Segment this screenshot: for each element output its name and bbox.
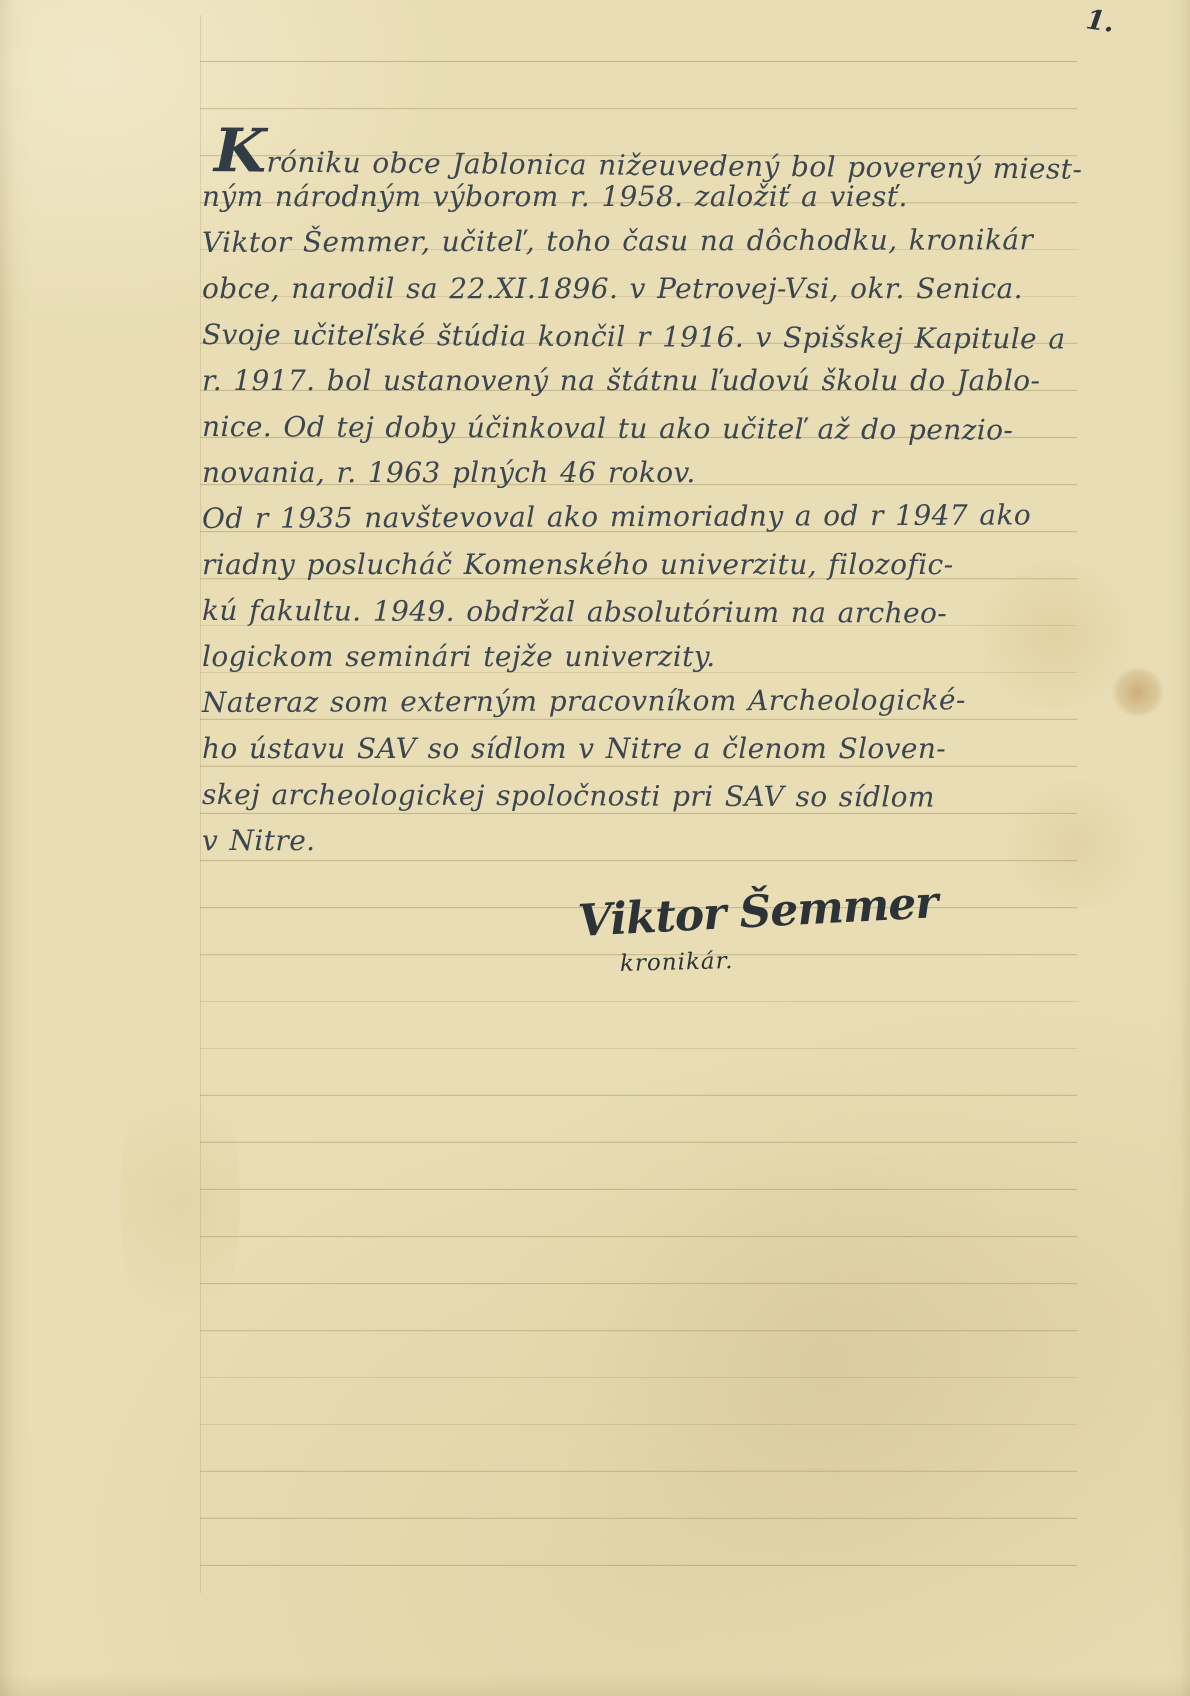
- text-line: skej archeologickej spoločnosti pri SAV …: [202, 772, 1102, 821]
- text-line: Viktor Šemmer, učiteľ, toho času na dôch…: [202, 217, 1102, 266]
- text-line: nice. Od tej doby účinkoval tu ako učite…: [202, 404, 1102, 454]
- signature-block: Viktor Šemmer kronikár.: [578, 896, 938, 977]
- text-line: novania, r. 1963 plných 46 rokov.: [202, 450, 1102, 496]
- chronicle-text: Króniku obce Jablonica nižeuvedený bol p…: [202, 128, 1102, 864]
- page-number: 1.: [1084, 4, 1116, 39]
- paper-stain: [1112, 668, 1164, 716]
- signature-title: kronikár.: [620, 943, 938, 977]
- text-line: ho ústavu SAV so sídlom v Nitre a členom…: [202, 726, 1102, 772]
- text-line: v Nitre.: [202, 818, 1102, 864]
- text-line: riadny poslucháč Komenského univerzitu, …: [202, 542, 1102, 588]
- text-line: Od r 1935 navštevoval ako mimoriadny a o…: [202, 492, 1102, 542]
- text-line: r. 1917. bol ustanovený na štátnu ľudovú…: [202, 358, 1102, 404]
- text-line: kú fakultu. 1949. obdržal absolutórium n…: [202, 588, 1102, 637]
- text-line: obce, narodil sa 22.XI.1896. v Petrovej-…: [202, 266, 1102, 312]
- text-line: logickom seminári tejže univerzity.: [202, 634, 1102, 680]
- text-line: Svoje učiteľské štúdia končil r 1916. v …: [202, 312, 1102, 363]
- text-line: Nateraz som externým pracovníkom Archeol…: [202, 677, 1102, 726]
- paper-stain: [120, 1050, 240, 1350]
- paper-stain: [560, 1150, 1080, 1570]
- text-line: Króniku obce Jablonica nižeuvedený bol p…: [202, 128, 1102, 182]
- signature: Viktor Šemmer: [577, 877, 939, 947]
- chronicle-page: 1. Króniku obce Jablonica nižeuvedený bo…: [0, 0, 1190, 1696]
